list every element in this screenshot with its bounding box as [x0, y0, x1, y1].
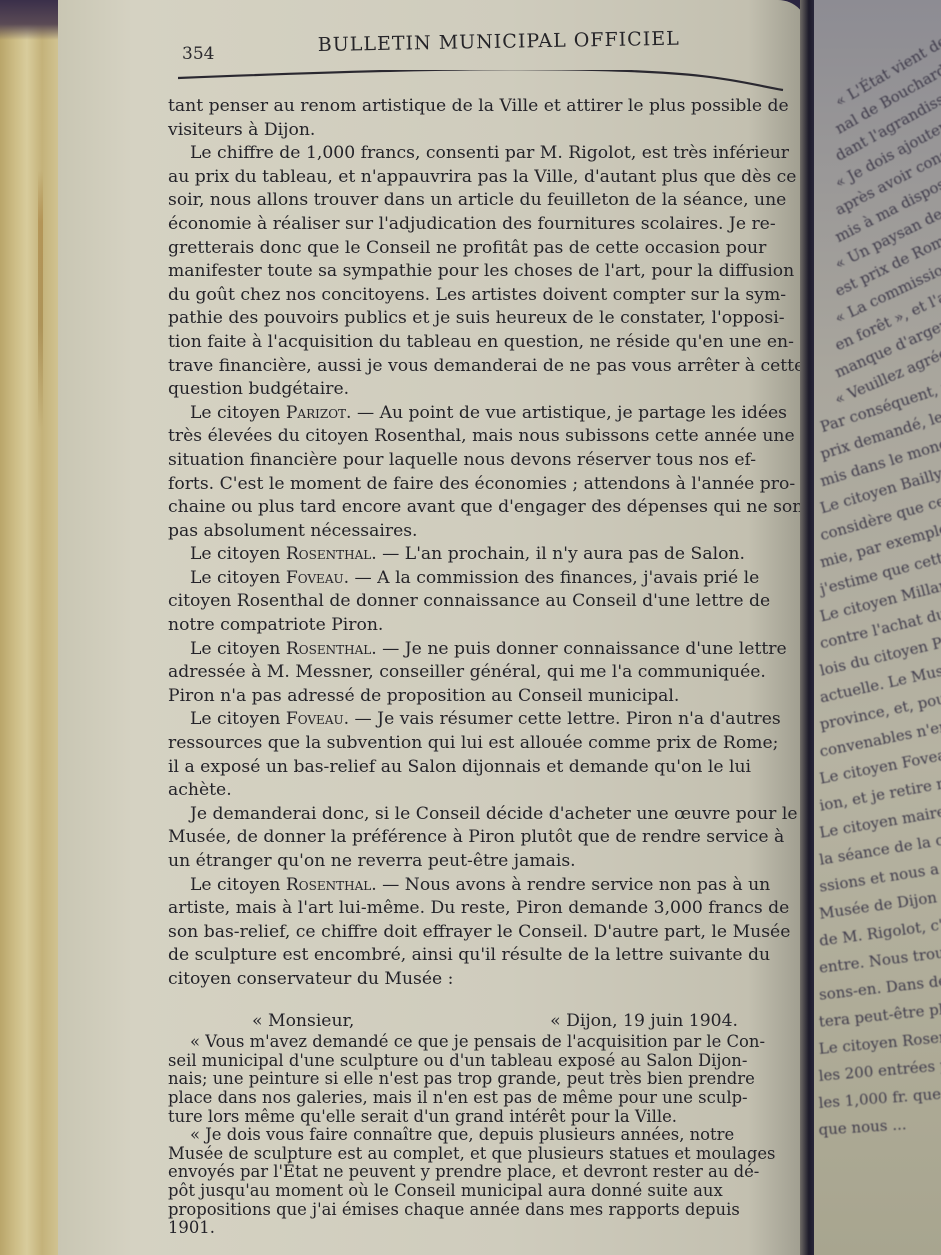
speaker-lead: Le citoyen [190, 403, 286, 423]
text-line: tant penser au renom artistique de la Vi… [168, 95, 808, 119]
text-line: manifester toute sa sympathie pour les c… [168, 260, 808, 284]
body-text: tant penser au renom artistique de la Vi… [168, 95, 808, 1238]
paragraph: Le citoyen Parizot. — Au point de vue ar… [168, 402, 808, 544]
letter-line: place dans nos galeries, mais il n'en es… [168, 1089, 808, 1108]
paragraph: Le citoyen Rosenthal. — L'an prochain, i… [168, 543, 808, 567]
text-line: chaine ou plus tard encore avant que d'e… [168, 496, 808, 520]
text-line: artiste, mais à l'art lui-même. Du reste… [168, 897, 808, 921]
text-line: de sculpture est encombré, ainsi qu'il r… [168, 944, 808, 968]
speech-text: . — Nous avons à rendre service non pas … [371, 875, 770, 895]
facing-page-line: Le citoyen Rosenthal [818, 1025, 941, 1058]
letter-line: seil municipal d'une sculpture ou d'un t… [168, 1052, 808, 1071]
text-line: ressources que la subvention qui lui est… [168, 732, 808, 756]
text-line: Musée, de donner la préférence à Piron p… [168, 826, 808, 850]
letter-heading: « Monsieur,« Dijon, 19 juin 1904. [168, 1010, 808, 1034]
letter-dateline: « Dijon, 19 juin 1904. [550, 1010, 738, 1034]
speaker-line: Le citoyen Foveau. — A la commission des… [168, 567, 808, 591]
text-line: soir, nous allons trouver dans un articl… [168, 189, 808, 213]
spacer [168, 992, 808, 1010]
speech-text: . — Je ne puis donner connaissance d'une… [371, 639, 786, 659]
speaker-line: Le citoyen Rosenthal. — Nous avons à ren… [168, 874, 808, 898]
facing-page: « L'État vient denal de Bouchard,dant l'… [814, 0, 941, 1255]
text-line: pathie des pouvoirs publics et je suis h… [168, 307, 808, 331]
text-line: trave financière, aussi je vous demander… [168, 355, 808, 379]
text-line: citoyen conservateur du Musée : [168, 968, 808, 992]
text-line: visiteurs à Dijon. [168, 119, 808, 143]
letter-line: « Je dois vous faire connaître que, depu… [168, 1126, 808, 1145]
text-line: un étranger qu'on ne reverra peut-être j… [168, 850, 808, 874]
letter-body: « Vous m'avez demandé ce que je pensais … [168, 1033, 808, 1238]
text-line: très élevées du citoyen Rosenthal, mais … [168, 425, 808, 449]
speaker-line: Le citoyen Rosenthal. — L'an prochain, i… [168, 543, 808, 567]
text-line: question budgétaire. [168, 378, 808, 402]
speaker-lead: Le citoyen [190, 544, 286, 564]
speaker-name: Rosenthal [286, 875, 371, 895]
text-line: au prix du tableau, et n'appauvrira pas … [168, 166, 808, 190]
page-number: 354 [182, 44, 214, 64]
text-line: du goût chez nos concitoyens. Les artist… [168, 284, 808, 308]
paragraph: Je demanderai donc, si le Conseil décide… [168, 803, 808, 874]
speech-text: . — L'an prochain, il n'y aura pas de Sa… [371, 544, 745, 564]
letter-salutation: « Monsieur, [252, 1010, 354, 1034]
speaker-line: Le citoyen Foveau. — Je vais résumer cet… [168, 708, 808, 732]
book-cover-shadow [0, 0, 60, 40]
speech-text: . — Je vais résumer cette lettre. Piron … [344, 709, 781, 729]
speaker-name: Foveau [286, 568, 344, 588]
text-line: Je demanderai donc, si le Conseil décide… [168, 803, 808, 827]
page-header: 354 BULLETIN MUNICIPAL OFFICIEL [182, 34, 782, 64]
speaker-lead: Le citoyen [190, 875, 286, 895]
text-line: notre compatriote Piron. [168, 614, 808, 638]
paragraph: Le citoyen Rosenthal. — Nous avons à ren… [168, 874, 808, 992]
text-line: économie à réaliser sur l'adjudication d… [168, 213, 808, 237]
text-line: citoyen Rosenthal de donner connaissance… [168, 590, 808, 614]
speaker-line: Le citoyen Parizot. — Au point de vue ar… [168, 402, 808, 426]
speaker-line: Le citoyen Rosenthal. — Je ne puis donne… [168, 638, 808, 662]
paragraph: Le citoyen Rosenthal. — Je ne puis donne… [168, 638, 808, 709]
letter-line: pôt jusqu'au moment où le Conseil munici… [168, 1182, 808, 1201]
speaker-lead: Le citoyen [190, 639, 286, 659]
facing-page-line: les 1,000 fr. que nous [818, 1082, 941, 1112]
text-line: pas absolument nécessaires. [168, 520, 808, 544]
speech-text: . — A la commission des finances, j'avai… [344, 568, 760, 588]
speaker-name: Foveau [286, 709, 344, 729]
text-line: achète. [168, 779, 808, 803]
paragraph: Le citoyen Foveau. — Je vais résumer cet… [168, 708, 808, 802]
text-line: adressée à M. Messner, conseiller généra… [168, 661, 808, 685]
paragraph: Le citoyen Foveau. — A la commission des… [168, 567, 808, 638]
speaker-name: Rosenthal [286, 639, 371, 659]
letter-line: propositions que j'ai émises chaque anné… [168, 1201, 808, 1220]
text-line: son bas-relief, ce chiffre doit effrayer… [168, 921, 808, 945]
facing-page-line: tera peut-être plus. [818, 998, 941, 1031]
speaker-name: Rosenthal [286, 544, 371, 564]
letter-line: « Vous m'avez demandé ce que je pensais … [168, 1033, 808, 1052]
letter-line: nais; une peinture si elle n'est pas tro… [168, 1070, 808, 1089]
facing-page-line: que nous ... [818, 1115, 907, 1139]
text-line: il a exposé un bas-relief au Salon dijon… [168, 756, 808, 780]
speaker-lead: Le citoyen [190, 709, 286, 729]
paragraph: Le chiffre de 1,000 francs, consenti par… [168, 142, 808, 402]
book-page-edges [0, 0, 60, 1255]
letter-line: 1901. [168, 1219, 808, 1238]
letter-line: Musée de sculpture est au complet, et qu… [168, 1145, 808, 1164]
paragraph: tant penser au renom artistique de la Vi… [168, 95, 808, 142]
text-line: situation financière pour laquelle nous … [168, 449, 808, 473]
speech-text: . — Au point de vue artistique, je parta… [346, 403, 787, 423]
letter-line: ture lors même qu'elle serait d'un grand… [168, 1108, 808, 1127]
text-line: gretterais donc que le Conseil ne profit… [168, 237, 808, 261]
text-line: forts. C'est le moment de faire des écon… [168, 473, 808, 497]
text-line: Piron n'a pas adressé de proposition au … [168, 685, 808, 709]
speaker-lead: Le citoyen [190, 568, 286, 588]
text-line: Le chiffre de 1,000 francs, consenti par… [168, 142, 808, 166]
page-edge-stain [38, 170, 43, 430]
letter-line: envoyés par l'État ne peuvent y prendre … [168, 1163, 808, 1182]
text-line: tion faite à l'acquisition du tableau en… [168, 331, 808, 355]
speaker-name: Parizot [286, 403, 346, 423]
